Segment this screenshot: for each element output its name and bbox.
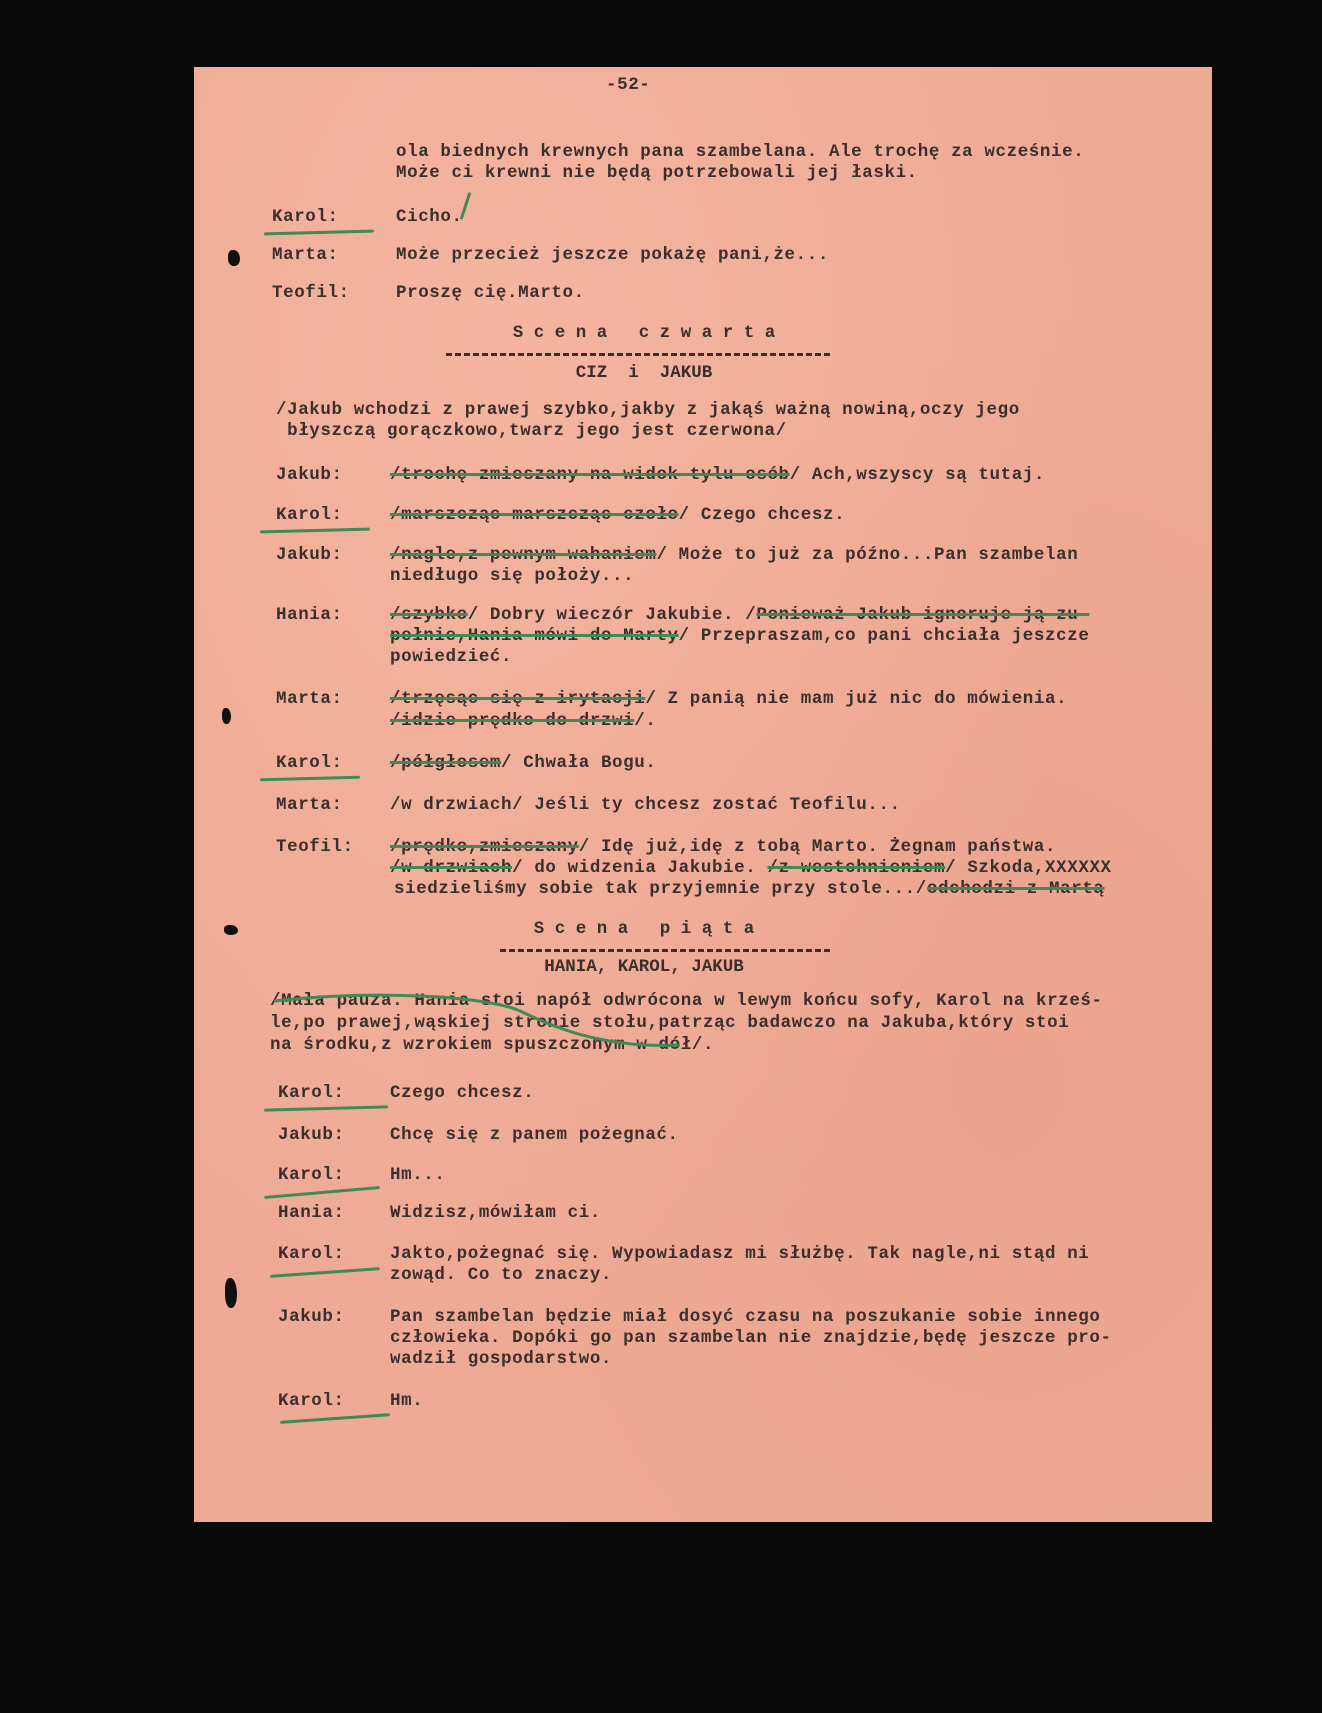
struck-direction: pełnie,Hania mówi do Marty [390,626,679,646]
speaker-label: Jakub: [276,545,343,565]
dialogue-text: Hm. [390,1391,423,1411]
speaker-label: Karol: [278,1244,345,1264]
dialogue-text: Cicho. [396,207,463,227]
green-underline [280,1413,390,1424]
dialogue-text: / do widzenia Jakubie. [512,858,767,878]
dialogue-text: Widzisz,mówiłam ci. [390,1203,601,1223]
dashed-rule [446,353,830,356]
dialogue-text: Czego chcesz. [390,1083,534,1103]
speaker-label: Hania: [276,605,343,625]
dialogue-text: / Z panią nie mam już nic do mówienia. [645,689,1067,709]
struck-direction: /trochę zmieszany na widok tylu osób [390,465,790,485]
dialogue-text: / Dobry wieczór Jakubie. / [468,605,757,625]
dialogue-text: / Czego chcesz. [679,505,846,525]
struck-direction: /trzęsąc się z irytacji [390,689,645,709]
continuation-line: ola biednych krewnych pana szambelana. A… [396,142,1084,163]
scene-title: S c e n a c z w a r t a [194,323,1094,343]
dialogue-text: / Ach,wszyscy są tutaj. [790,465,1045,485]
speaker-label: Marta: [272,245,339,265]
scene-characters: CIZ i JAKUB [194,363,1094,383]
dialogue-text: zowąd. Co to znaczy. [390,1265,612,1285]
speaker-label: Karol: [276,505,343,525]
green-underline [264,1105,388,1111]
ink-blot [228,250,240,266]
ink-blot [225,1278,237,1308]
dialogue-text: / Może to już za późno...Pan szambelan [656,545,1078,565]
speaker-label: Jakub: [278,1125,345,1145]
page-number: -52- [606,75,650,95]
struck-direction: /prędko,zmieszany [390,837,579,857]
struck-direction: odchodzi z Martą [927,879,1105,899]
scene-title: S c e n a p i ą t a [194,919,1094,939]
struck-direction: /nagle,z pewnym wahaniem [390,545,656,565]
dialogue-text: / Chwała Bogu. [501,753,656,773]
dialogue-text: wadził gospodarstwo. [390,1349,612,1369]
struck-direction: Ponieważ Jakub ignoruje ją zu- [756,605,1089,625]
ink-blot [224,925,238,935]
green-underline [270,1267,380,1278]
speaker-label: Hania: [278,1203,345,1223]
dialogue-text: Proszę cię.Marto. [396,283,585,303]
speaker-label: Teofil: [276,837,354,857]
green-mark [460,192,472,220]
dialogue-text: / Idę już,idę z tobą Marto. Żegnam państ… [579,837,1056,857]
dialogue-text: Hm... [390,1165,446,1185]
dialogue-text: / Szkoda, [945,858,1045,878]
speaker-label: Marta: [276,795,343,815]
speaker-label: Marta: [276,689,343,709]
dashed-rule [500,949,830,952]
dialogue-text: Chcę się z panem pożegnać. [390,1125,679,1145]
speaker-label: Karol: [278,1165,345,1185]
dialogue-text: człowieka. Dopóki go pan szambelan nie z… [390,1328,1112,1348]
speaker-label: Karol: [272,207,339,227]
typescript-page: -52- ola biednych krewnych pana szambela… [194,67,1212,1522]
green-underline [260,776,360,782]
speaker-label: Karol: [278,1391,345,1411]
speaker-label: Teofil: [272,283,350,303]
struck-direction: /w drzwiach [390,858,512,878]
typed-overstrike: XXXXXX [1045,858,1112,878]
dialogue-text: Pan szambelan będzie miał dosyć czasu na… [390,1307,1101,1327]
green-underline [260,528,370,534]
green-underline [264,1186,380,1199]
dialogue-text: niedługo się położy... [390,566,634,586]
stage-direction: błyszczą gorączkowo,twarz jego jest czer… [276,421,787,442]
dialogue-text: /. [634,711,656,731]
speaker-label: Jakub: [276,465,343,485]
green-underline [264,230,374,236]
struck-direction: /idzie prędko do drzwi [390,711,634,731]
struck-direction: /z westchnieniem [767,858,945,878]
dialogue-text: Jakto,pożegnać się. Wypowiadasz mi służb… [390,1244,1089,1264]
scene-characters: HANIA, KAROL, JAKUB [194,957,1094,977]
dialogue-text: powiedzieć. [390,647,512,667]
speaker-label: Jakub: [278,1307,345,1327]
ink-blot [222,708,231,724]
struck-direction: /marszcząc marszcząc czoło [390,505,679,525]
stage-direction: /Jakub wchodzi z prawej szybko,jakby z j… [276,400,1020,421]
struck-direction: /półgłosem [390,753,501,773]
dialogue-text: Może przecież jeszcze pokażę pani,że... [396,245,829,265]
continuation-line: Może ci krewni nie będą potrzebowali jej… [396,163,918,184]
dialogue-text: siedzieliśmy sobie tak przyjemnie przy s… [394,879,927,899]
struck-direction: /szybko [390,605,468,625]
speaker-label: Karol: [276,753,343,773]
green-strike-curve [270,987,690,1062]
dialogue-text: / Przepraszam,co pani chciała jeszcze [679,626,1090,646]
speaker-label: Karol: [278,1083,345,1103]
dialogue-text: /w drzwiach/ Jeśli ty chcesz zostać Teof… [390,795,901,815]
